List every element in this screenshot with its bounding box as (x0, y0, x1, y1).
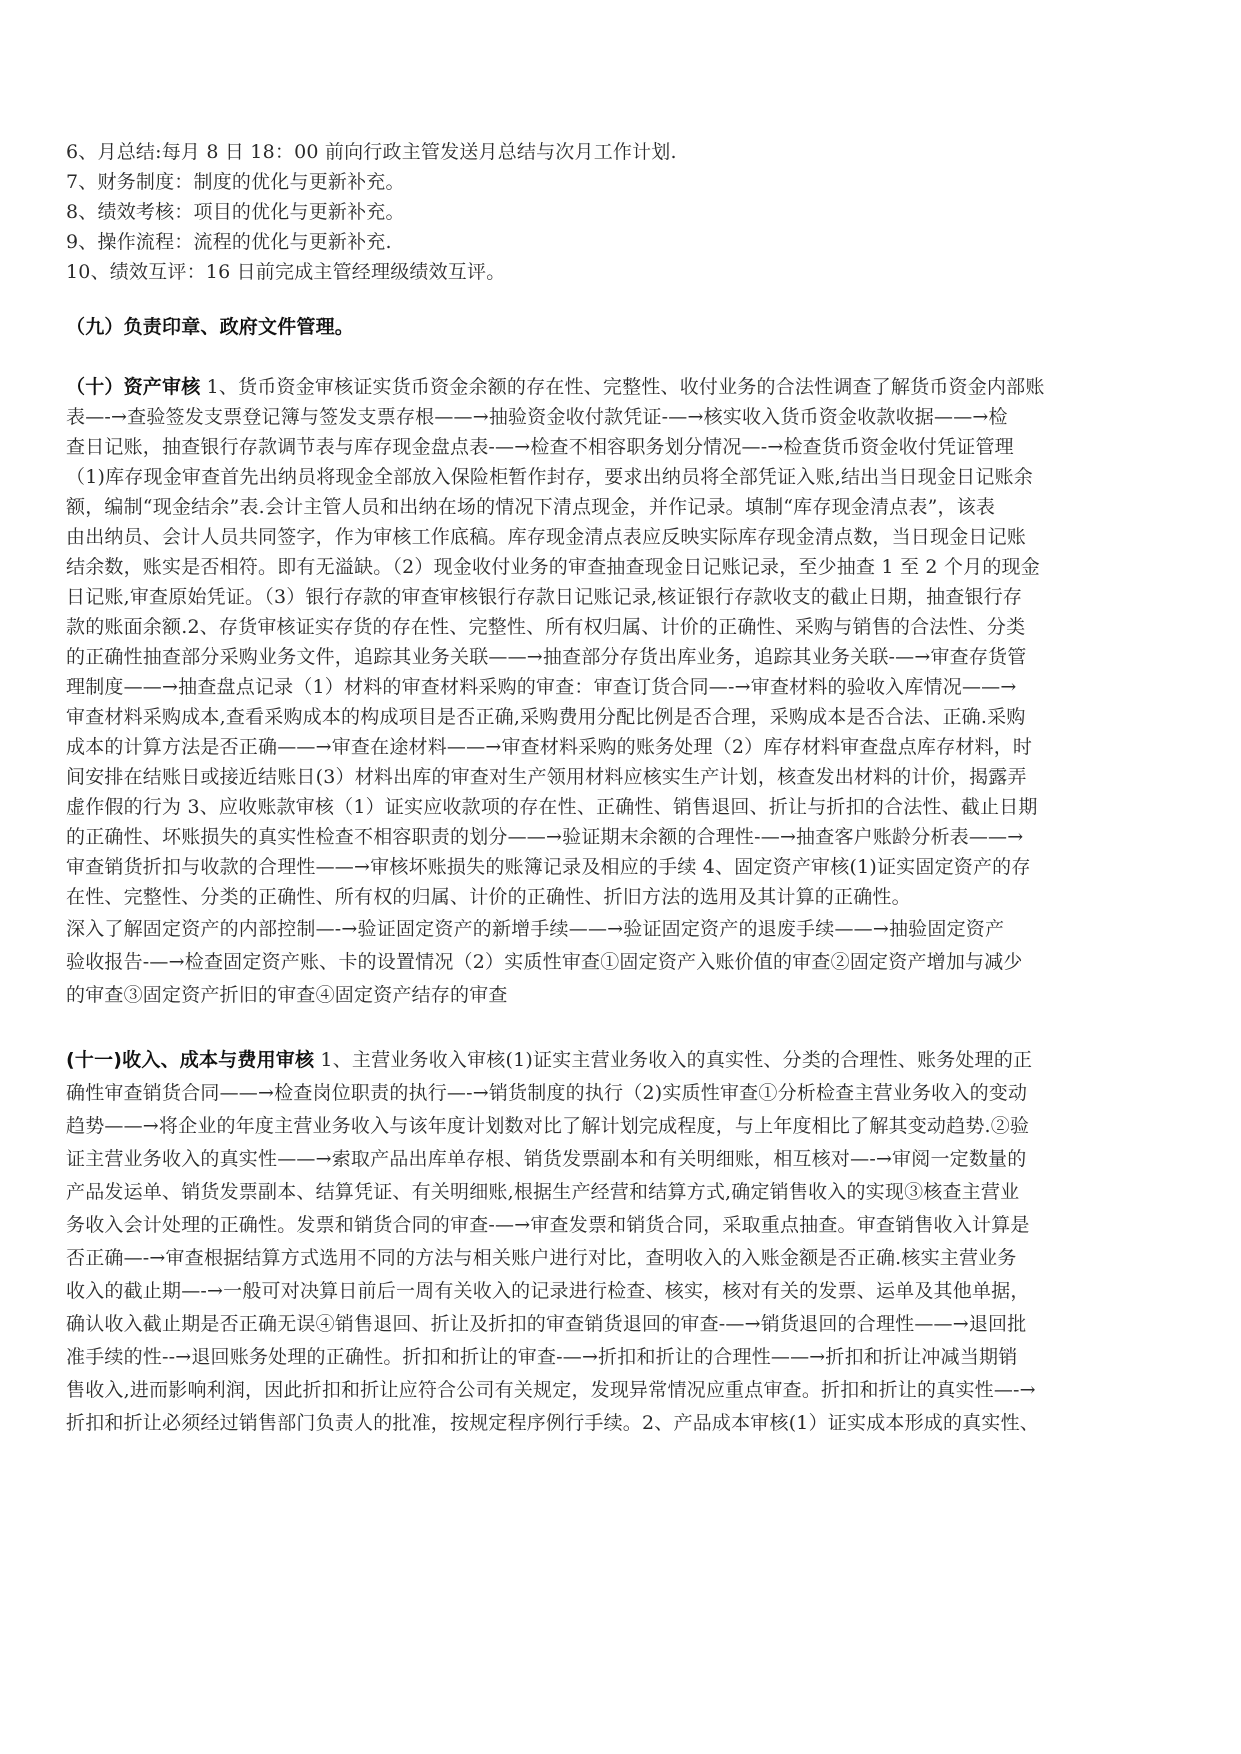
paragraph-line: 日记账,审查原始凭证。（3）银行存款的审查审核银行存款日记账记录,核证银行存款收… (66, 585, 1022, 609)
section-heading-11: (十一)收入、成本与费用审核 (66, 1049, 314, 1071)
section-11-line: (十一)收入、成本与费用审核 1、主营业务收入审核(1)证实主营业务收入的真实性… (66, 1048, 1032, 1072)
list-item: 8、绩效考核：项目的优化与更新补充。 (66, 200, 405, 224)
paragraph-line: 确性审查销货合同——→检查岗位职责的执行—-→销货制度的执行（2)实质性审查①分… (66, 1081, 1027, 1105)
paragraph-line: 结余数，账实是否相符。即有无溢缺。（2）现金收付业务的审查抽查现金日记账记录，至… (66, 555, 1040, 579)
paragraph-line: 审查材料采购成本,查看采购成本的构成项目是否正确,采购费用分配比例是否合理，采购… (66, 705, 1026, 729)
paragraph-line: 在性、完整性、分类的正确性、所有权的归属、计价的正确性、折旧方法的选用及其计算的… (66, 885, 911, 909)
paragraph-line: 由出纳员、会计人员共同签字，作为审核工作底稿。库存现金清点表应反映实际库存现金清… (66, 525, 1026, 549)
section-10-text: 1、货币资金审核证实货币资金余额的存在性、完整性、收付业务的合法性调查了解货币资… (200, 376, 1044, 398)
section-heading-9: （九）负责印章、政府文件管理。 (66, 315, 354, 339)
section-11-text: 1、主营业务收入审核(1)证实主营业务收入的真实性、分类的合理性、账务处理的正 (314, 1049, 1032, 1071)
section-heading-10: （十）资产审核 (66, 376, 200, 398)
paragraph-line: 证主营业务收入的真实性——→索取产品出库单存根、销货发票副本和有关明细账，相互核… (66, 1147, 1026, 1171)
document-page: 6、月总结:每月 8 日 18：00 前向行政主管发送月总结与次月工作计划. 7… (0, 0, 1241, 1754)
list-item: 9、操作流程：流程的优化与更新补充. (66, 230, 392, 254)
paragraph-line: 虚作假的行为 3、应收账款审核（1）证实应收款项的存在性、正确性、销售退回、折让… (66, 795, 1038, 819)
paragraph-line: 成本的计算方法是否正确——→审查在途材料——→审查材料采购的账务处理（2）库存材… (66, 735, 1032, 759)
paragraph-line: 深入了解固定资产的内部控制—-→验证固定资产的新增手续——→验证固定资产的退废手… (66, 917, 1004, 941)
paragraph-line: 的正确性、坏账损失的真实性检查不相容职责的划分——→验证期末余额的合理性-—→抽… (66, 825, 1023, 849)
paragraph-line: 审查销货折扣与收款的合理性——→审核坏账损失的账簿记录及相应的手续 4、固定资产… (66, 855, 1031, 879)
paragraph-line: 收入的截止期—-→一般可对决算日前后一周有关收入的记录进行检查、核实，核对有关的… (66, 1279, 1030, 1303)
section-10-line: （十）资产审核 1、货币资金审核证实货币资金余额的存在性、完整性、收付业务的合法… (66, 375, 1045, 399)
paragraph-line: 的审查③固定资产折旧的审查④固定资产结存的审查 (66, 983, 508, 1007)
paragraph-line: 确认收入截止期是否正确无误④销售退回、折让及折扣的审查销货退回的审查-—→销货退… (66, 1312, 1026, 1336)
paragraph-line: 理制度——→抽查盘点记录（1）材料的审查材料采购的审查：审查订货合同—-→审查材… (66, 675, 1016, 699)
paragraph-line: 准手续的性--→退回账务处理的正确性。折扣和折让的审查-—→折扣和折让的合理性—… (66, 1345, 1017, 1369)
paragraph-line: 售收入,进而影响利润，因此折扣和折让应符合公司有关规定，发现异常情况应重点审查。… (66, 1378, 1036, 1402)
paragraph-line: 查日记账，抽查银行存款调节表与库存现金盘点表-—→检查不相容职务划分情况—-→检… (66, 435, 1014, 459)
list-item: 6、月总结:每月 8 日 18：00 前向行政主管发送月总结与次月工作计划. (66, 140, 677, 164)
paragraph-line: （1)库存现金审查首先出纳员将现金全部放入保险柜暂作封存，要求出纳员将全部凭证入… (66, 465, 1033, 489)
paragraph-line: 折扣和折让必须经过销售部门负责人的批准，按规定程序例行手续。2、产品成本审核(1… (66, 1411, 1039, 1435)
list-item: 7、财务制度：制度的优化与更新补充。 (66, 170, 405, 194)
paragraph-line: 验收报告-—→检查固定资产账、卡的设置情况（2）实质性审查①固定资产入账价值的审… (66, 950, 1023, 974)
paragraph-line: 表—-→查验签发支票登记簿与签发支票存根——→抽验资金收付款凭证-—→核实收入货… (66, 405, 1008, 429)
paragraph-line: 额，编制“现金结余”表.会计主管人员和出纳在场的情况下清点现金，并作记录。填制“… (66, 495, 995, 519)
list-item: 10、绩效互评：16 日前完成主管经理级绩效互评。 (66, 260, 505, 284)
paragraph-line: 否正确—-→审查根据结算方式选用不同的方法与相关账户进行对比，查明收入的入账金额… (66, 1246, 1017, 1270)
paragraph-line: 的正确性抽查部分采购业务文件，追踪其业务关联——→抽查部分存货出库业务，追踪其业… (66, 645, 1026, 669)
paragraph-line: 款的账面余额.2、存货审核证实存货的存在性、完整性、所有权归属、计价的正确性、采… (66, 615, 1025, 639)
paragraph-line: 务收入会计处理的正确性。发票和销货合同的审查-—→审查发票和销货合同，采取重点抽… (66, 1213, 1030, 1237)
paragraph-line: 间安排在结账日或接近结账日(3）材料出库的审查对生产领用材料应核实生产计划，核查… (66, 765, 1027, 789)
paragraph-line: 产品发运单、销货发票副本、结算凭证、有关明细账,根据生产经营和结算方式,确定销售… (66, 1180, 1019, 1204)
paragraph-line: 趋势——→将企业的年度主营业务收入与该年度计划数对比了解计划完成程度，与上年度相… (66, 1114, 1029, 1138)
